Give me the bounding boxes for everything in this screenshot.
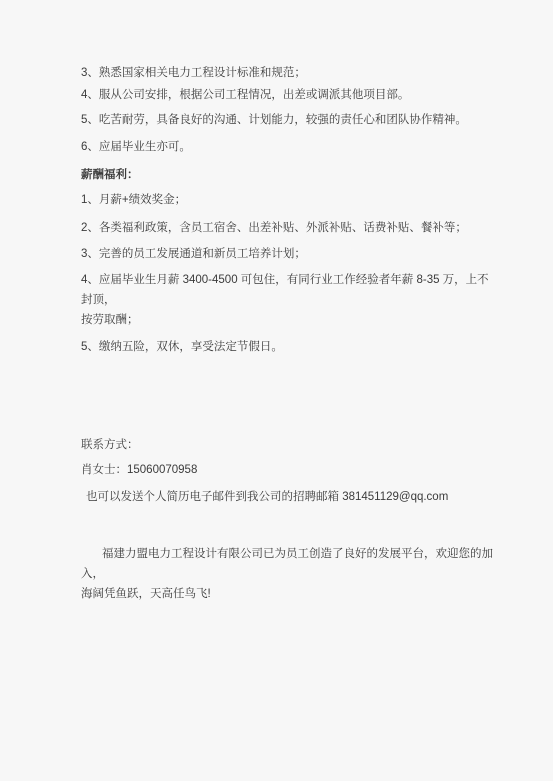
benefits-list: 1、月薪+绩效奖金； 2、各类福利政策，含员工宿舍、出差补贴、外派补贴、话费补贴… bbox=[81, 190, 493, 357]
benefit-item-5: 5、缴纳五险，双休，享受法定节假日。 bbox=[81, 337, 493, 357]
requirement-item-4: 4、服从公司安排，根据公司工程情况，出差或调派其他项目部。 bbox=[81, 85, 493, 105]
requirement-item-5: 5、吃苦耐劳，具备良好的沟通、计划能力，较强的责任心和团队协作精神。 bbox=[81, 110, 493, 130]
vertical-spacer bbox=[81, 364, 493, 435]
benefits-heading: 薪酬福利： bbox=[81, 165, 493, 185]
requirements-list: 3、熟悉国家相关电力工程设计标准和规范； 4、服从公司安排，根据公司工程情况，出… bbox=[81, 63, 493, 157]
closing-paragraph: 福建力盟电力工程设计有限公司已为员工创造了良好的发展平台，欢迎您的加入， 海阔凭… bbox=[81, 544, 493, 604]
requirement-item-3: 3、熟悉国家相关电力工程设计标准和规范； bbox=[81, 63, 493, 83]
benefit-item-4: 4、应届毕业生月薪 3400-4500 可包住，有同行业工作经验者年薪 8-35… bbox=[81, 270, 493, 330]
requirement-item-6: 6、应届毕业生亦可。 bbox=[81, 137, 493, 157]
contact-heading: 联系方式： bbox=[81, 435, 493, 455]
contact-phone-line: 肖女士：15060070958 bbox=[81, 460, 493, 480]
benefit-item-1: 1、月薪+绩效奖金； bbox=[81, 190, 493, 210]
vertical-spacer bbox=[81, 514, 493, 544]
benefit-item-2: 2、各类福利政策，含员工宿舍、出差补贴、外派补贴、话费补贴、餐补等； bbox=[81, 218, 493, 238]
job-posting-document: 3、熟悉国家相关电力工程设计标准和规范； 4、服从公司安排，根据公司工程情况，出… bbox=[0, 0, 553, 781]
benefit-item-3: 3、完善的员工发展通道和新员工培养计划； bbox=[81, 244, 493, 264]
contact-email-line: 也可以发送个人简历电子邮件到我公司的招聘邮箱 381451129@qq.com bbox=[81, 487, 493, 507]
